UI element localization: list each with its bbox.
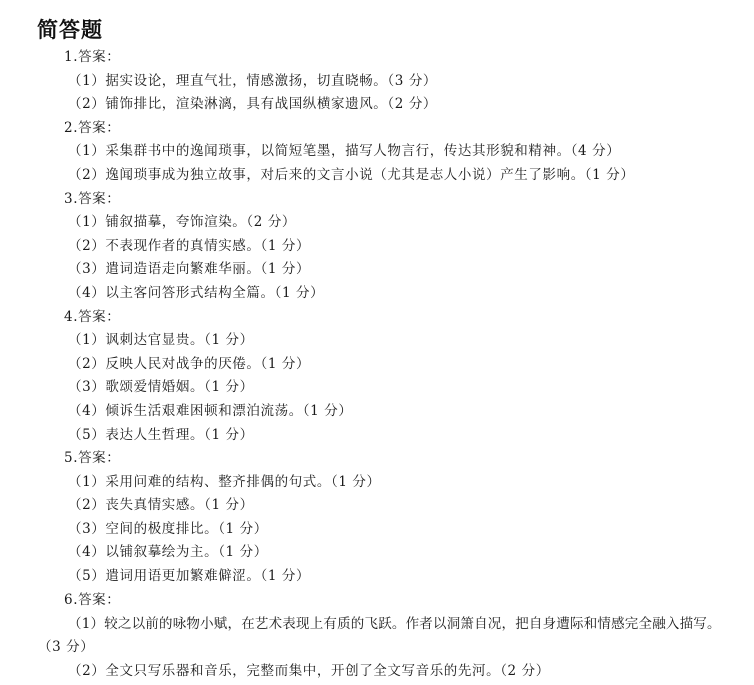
answer-item: （2）逸闻琐事成为独立故事，对后来的文言小说（尤其是志人小说）产生了影响。（1 … — [68, 166, 634, 184]
answer-item: （2）全文只写乐器和音乐，完整而集中，开创了全文写音乐的先河。（2 分） — [68, 662, 550, 680]
answer-item-continuation: （3 分） — [38, 638, 94, 656]
question-header: 4.答案： — [64, 308, 120, 326]
question-header: 6.答案： — [64, 591, 120, 609]
answer-item: （1）较之以前的咏物小赋，在艺术表现上有质的飞跃。作者以洞箫自况，把自身遭际和情… — [68, 615, 721, 633]
answer-item: （1）铺叙描摹，夸饰渲染。（2 分） — [68, 213, 296, 231]
answer-item: （4）以主客问答形式结构全篇。（1 分） — [68, 284, 324, 302]
answer-item: （1）采用问难的结构、整齐排偶的句式。（1 分） — [68, 473, 381, 491]
question-header: 2.答案： — [64, 119, 120, 137]
section-title: 简答题 — [37, 14, 103, 44]
answer-item: （2）不表现作者的真情实感。（1 分） — [68, 237, 310, 255]
question-header: 5.答案： — [64, 449, 120, 467]
answer-item: （4）倾诉生活艰难困顿和漂泊流荡。（1 分） — [68, 402, 352, 420]
answer-item: （3）空间的极度排比。（1 分） — [68, 520, 268, 538]
question-header: 3.答案： — [64, 190, 120, 208]
answer-item: （2）铺饰排比，渲染淋漓，具有战国纵横家遗风。（2 分） — [68, 95, 437, 113]
answer-item: （5）遣词用语更加繁难僻涩。（1 分） — [68, 567, 310, 585]
answer-item: （2）丧失真情实感。（1 分） — [68, 496, 254, 514]
answer-item: （4）以铺叙摹绘为主。（1 分） — [68, 543, 268, 561]
answer-item: （3）遣词造语走向繁难华丽。（1 分） — [68, 260, 310, 278]
question-header: 1.答案： — [64, 48, 120, 66]
answer-item: （1）采集群书中的逸闻琐事，以简短笔墨，描写人物言行，传达其形貌和精神。（4 分… — [68, 142, 620, 160]
answer-item: （3）歌颂爱情婚姻。（1 分） — [68, 378, 254, 396]
answer-item: （2）反映人民对战争的厌倦。（1 分） — [68, 355, 310, 373]
answer-item: （5）表达人生哲理。（1 分） — [68, 426, 254, 444]
answer-item: （1）讽刺达官显贵。（1 分） — [68, 331, 254, 349]
answer-item: （1）据实设论，理直气壮，情感激扬，切直晓畅。（3 分） — [68, 72, 437, 90]
